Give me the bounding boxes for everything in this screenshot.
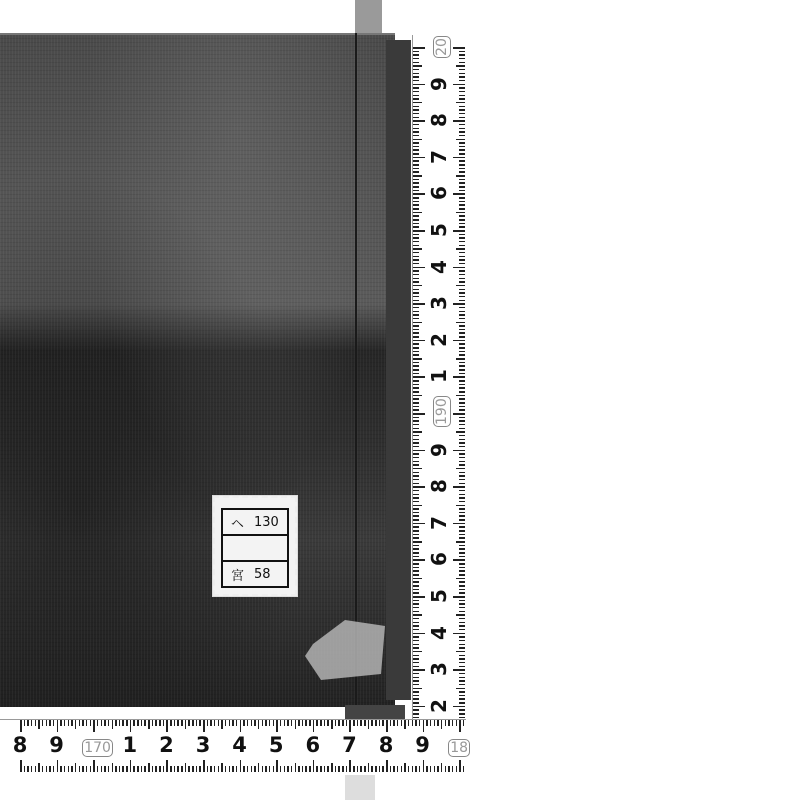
ruler-tick [413,380,419,382]
ruler-tick [459,135,465,137]
ruler-tick [291,720,293,726]
ruler-tick [49,720,51,726]
ruler-tick [390,766,392,772]
ruler-tick [413,204,419,206]
ruler-label: 6 [302,733,324,757]
ruler-label: 9 [412,733,434,757]
ruler-label: 7 [427,509,451,537]
ruler-tick [159,766,161,772]
ruler-tick [280,766,282,772]
ruler-tick [133,766,135,772]
ruler-tick [459,446,465,448]
ruler-tick [258,763,260,772]
ruler-tick [459,720,461,732]
ruler-tick [413,91,419,93]
ruler-tick [459,647,465,649]
ruler-tick [459,109,465,111]
ruler-tick [459,574,465,576]
ruler-label: 4 [427,253,451,281]
ruler-tick [459,585,465,587]
ruler-tick [459,98,465,100]
ruler-tick [413,373,419,375]
ruler-tick [413,424,419,426]
ruler-tick [413,197,419,199]
ruler-tick [276,760,278,772]
ruler-tick [413,84,425,86]
ruler-tick [413,73,419,75]
ruler-tick [291,766,293,772]
ruler-tick [413,300,419,302]
ruler-tick [413,153,419,155]
ruler-label: 2 [427,326,451,354]
ruler-tick [357,720,359,726]
ruler-tick [155,766,157,772]
ruler-tick [413,526,419,528]
ruler-tick [316,720,318,726]
ruler-tick [353,720,355,726]
ruler-tick [459,666,465,668]
ruler-tick [331,763,333,772]
ruler-tick [413,666,419,668]
ruler-tick [196,720,198,726]
ruler-tick [338,720,340,726]
ruler-tick [448,720,450,726]
ruler-label: 2 [427,692,451,720]
ruler-label: 5 [427,582,451,610]
ruler-label: 190 [427,399,451,427]
ruler-tick [413,592,419,594]
ruler-tick [459,625,465,627]
ruler-tick [112,763,114,772]
ruler-tick [269,766,271,772]
ruler-tick [386,720,388,732]
ruler-tick [155,720,157,726]
ruler-tick [413,307,419,309]
ruler-tick [413,131,419,133]
ruler-label: 18 [448,733,470,757]
ruler-tick [413,76,419,78]
ruler-tick [413,453,419,455]
ruler-tick [368,720,370,729]
ruler-tick [459,618,465,620]
ruler-tick [413,362,419,364]
ruler-tick [232,766,234,772]
ruler-tick [247,766,249,772]
ruler-tick [459,164,465,166]
ruler-tick [459,153,465,155]
ruler-tick [456,175,465,177]
ruler-tick [101,720,103,726]
ruler-tick [413,285,422,287]
ruler-tick [24,766,26,772]
ruler-tick [166,720,168,732]
ruler-tick [360,766,362,772]
ruler-tick [413,80,419,82]
ruler-tick [104,720,106,726]
ruler-tick [413,629,419,631]
ruler-label: 8 [427,106,451,134]
ruler-tick [413,278,419,280]
ruler-tick [413,124,419,126]
ruler-tick [57,720,59,732]
ruler-tick [390,720,392,726]
ruler-tick [459,223,465,225]
ruler-tick [196,766,198,772]
ruler-tick [413,47,425,49]
ruler-tick [459,677,465,679]
ruler-tick [342,766,344,772]
ruler-tick [459,453,465,455]
book-cover [0,33,395,707]
ruler-label: 3 [192,733,214,757]
ruler-tick [141,720,143,726]
ruler-tick [144,720,146,726]
ruler-tick [236,766,238,772]
ruler-tick [456,285,465,287]
ruler-tick [459,336,465,338]
ruler-tick [413,289,419,291]
ruler-tick [221,720,223,729]
ruler-tick [46,766,48,772]
ruler-tick [413,376,425,378]
ruler-tick [38,720,40,729]
ruler-tick [459,698,465,700]
ruler-tick [459,552,465,554]
ruler-tick [459,494,465,496]
ruler-tick [346,720,348,726]
ruler-tick [393,766,395,772]
ruler-tick [459,263,465,265]
ruler-tick [413,160,419,162]
ruler-tick [243,766,245,772]
ruler-tick [459,713,465,715]
ruler-tick [90,766,92,772]
ruler-tick [413,625,419,627]
ruler-tick [459,508,465,510]
ruler-tick [188,766,190,772]
ruler-tick [413,570,419,572]
ruler-tick [346,766,348,772]
ruler-tick [459,537,465,539]
ruler-tick [459,270,465,272]
ruler-tick [413,263,419,265]
ruler-tick [413,501,419,503]
ruler-tick [413,574,419,576]
call-number-label: ヘ 130 宮 58 [213,496,297,596]
clamp-tab-lower [345,775,375,800]
ruler-tick [459,117,465,119]
ruler-tick [393,720,395,726]
ruler-tick [413,669,425,671]
ruler-tick [459,373,465,375]
ruler-tick [413,237,419,239]
ruler-label: 7 [427,143,451,171]
ruler-tick [210,766,212,772]
ruler-tick [413,391,419,393]
ruler-tick [459,439,465,441]
ruler-tick [459,365,465,367]
ruler-tick [214,720,216,726]
ruler-tick [97,766,99,772]
ruler-tick [413,559,425,561]
ruler-tick [456,578,465,580]
ruler-tick [20,760,22,772]
ruler-tick [413,267,425,269]
label-number: 130 [254,515,279,530]
ruler-tick [130,720,132,732]
ruler-label: 1 [427,362,451,390]
ruler-tick [295,720,297,729]
ruler-tick [459,548,465,550]
vertical-ruler: 2098765432119098765432 [412,35,465,719]
ruler-tick [413,545,419,547]
ruler-tick [413,226,419,228]
ruler-tick [456,102,465,104]
ruler-tick [115,766,117,772]
ruler-tick [456,431,465,433]
ruler-tick [459,369,465,371]
ruler-tick [459,684,465,686]
ruler-tick [382,766,384,772]
ruler-tick [453,47,465,49]
ruler-label: 8 [9,733,31,757]
ruler-tick [413,384,419,386]
ruler-tick [459,91,465,93]
ruler-tick [459,581,465,583]
ruler-tick [413,428,419,430]
ruler-tick [456,212,465,214]
ruler-tick [313,720,315,732]
ruler-tick [386,760,388,772]
ruler-tick [459,296,465,298]
ruler-tick [437,766,439,772]
ruler-tick [413,596,425,598]
ruler-tick [413,673,419,675]
ruler-tick [413,581,419,583]
ruler-tick [413,442,419,444]
ruler-tick [453,84,465,86]
ruler-tick [459,424,465,426]
ruler-tick [459,526,465,528]
ruler-tick [413,541,422,543]
ruler-tick [413,234,419,236]
book-spine-edge [386,40,411,700]
ruler-tick [459,629,465,631]
ruler-tick [185,720,187,729]
ruler-tick [75,763,77,772]
ruler-tick [251,766,253,772]
ruler-tick [413,472,419,474]
ruler-tick [459,380,465,382]
ruler-tick [459,658,465,660]
ruler-tick [371,766,373,772]
ruler-tick [207,720,209,726]
ruler-tick [240,760,242,772]
ruler-tick [309,766,311,772]
ruler-tick [459,461,465,463]
ruler-tick [459,497,465,499]
ruler-tick [413,142,419,144]
ruler-tick [413,461,419,463]
ruler-tick [413,556,419,558]
ruler-tick [459,709,465,711]
ruler-tick [459,332,465,334]
ruler-tick [413,347,419,349]
ruler-tick [357,766,359,772]
ruler-tick [181,720,183,726]
ruler-tick [413,464,419,466]
ruler-tick [199,720,201,726]
ruler-tick [413,168,419,170]
ruler-tick [240,720,242,732]
ruler-tick [413,508,419,510]
ruler-tick [413,109,419,111]
ruler-tick [413,479,419,481]
ruler-tick [408,766,410,772]
ruler-tick [126,720,128,726]
ruler-tick [459,343,465,345]
ruler-tick [413,684,419,686]
ruler-tick [413,270,419,272]
ruler-tick [305,766,307,772]
ruler-tick [247,720,249,726]
ruler-tick [86,720,88,726]
ruler-tick [364,720,366,726]
ruler-tick [453,450,465,452]
ruler-tick [273,766,275,772]
ruler-tick [413,409,419,411]
ruler-tick [459,171,465,173]
ruler-tick [93,720,95,732]
ruler-tick [79,720,81,726]
ruler-tick [349,760,351,772]
ruler-tick [174,720,176,726]
ruler-tick [79,766,81,772]
ruler-tick [218,720,220,726]
ruler-label: 5 [265,733,287,757]
ruler-tick [137,766,139,772]
ruler-tick [456,614,465,616]
ruler-tick [163,720,165,726]
ruler-tick [456,766,458,772]
ruler-tick [456,322,465,324]
ruler-tick [434,720,436,726]
ruler-tick [413,336,419,338]
ruler-tick [459,603,465,605]
ruler-tick [459,208,465,210]
ruler-tick [53,720,55,726]
ruler-tick [419,720,421,726]
ruler-tick [413,413,425,415]
ruler-tick [459,124,465,126]
ruler-tick [258,720,260,729]
ruler-tick [413,182,419,184]
ruler-tick [453,120,465,122]
ruler-tick [459,600,465,602]
ruler-label: 1 [119,733,141,757]
ruler-tick [108,766,110,772]
ruler-tick [413,146,419,148]
ruler-tick [331,720,333,729]
ruler-tick [42,766,44,772]
ruler-tick [413,212,422,214]
ruler-tick [459,464,465,466]
ruler-tick [203,720,205,732]
ruler-tick [49,766,51,772]
label-kana: ヘ [231,513,244,532]
ruler-tick [413,190,419,192]
ruler-label: 8 [427,472,451,500]
ruler-tick [413,450,425,452]
ruler-tick [459,479,465,481]
ruler-label: 3 [427,289,451,317]
ruler-tick [459,530,465,532]
ruler-tick [453,413,465,415]
ruler-tick [459,300,465,302]
ruler-tick [413,494,419,496]
ruler-tick [413,512,419,514]
ruler-tick [232,720,234,726]
ruler-tick [313,760,315,772]
ruler-tick [459,409,465,411]
ruler-tick [459,58,465,60]
ruler-tick [459,490,465,492]
ruler-label: 9 [46,733,68,757]
ruler-tick [287,720,289,726]
ruler-tick [284,766,286,772]
ruler-tick [459,259,465,261]
ruler-tick [192,720,194,726]
ruler-tick [342,720,344,726]
ruler-tick [413,658,419,660]
label-row: ヘ 130 [223,510,287,536]
ruler-tick [459,62,465,64]
ruler-tick [236,720,238,726]
ruler-tick [459,398,465,400]
ruler-tick [456,505,465,507]
ruler-tick [86,766,88,772]
ruler-tick [413,680,419,682]
ruler-tick [413,523,425,525]
ruler-tick [413,128,419,130]
ruler-tick [254,720,256,726]
ruler-tick [456,139,465,141]
ruler-tick [144,766,146,772]
ruler-tick [413,62,419,64]
ruler-tick [456,541,465,543]
ruler-tick [199,766,201,772]
ruler-tick [221,763,223,772]
ruler-tick [459,237,465,239]
ruler-tick [459,234,465,236]
ruler-tick [152,766,154,772]
ruler-tick [453,157,465,159]
ruler-tick [413,402,419,404]
ruler-tick [459,354,465,356]
ruler-tick [459,347,465,349]
ruler-label: 4 [427,619,451,647]
ruler-tick [445,766,447,772]
ruler-tick [459,113,465,115]
ruler-tick [413,223,419,225]
ruler-tick [122,766,124,772]
ruler-tick [456,395,465,397]
ruler-tick [404,763,406,772]
ruler-tick [459,289,465,291]
ruler-tick [413,351,419,353]
ruler-tick [448,766,450,772]
ruler-tick [115,720,117,726]
